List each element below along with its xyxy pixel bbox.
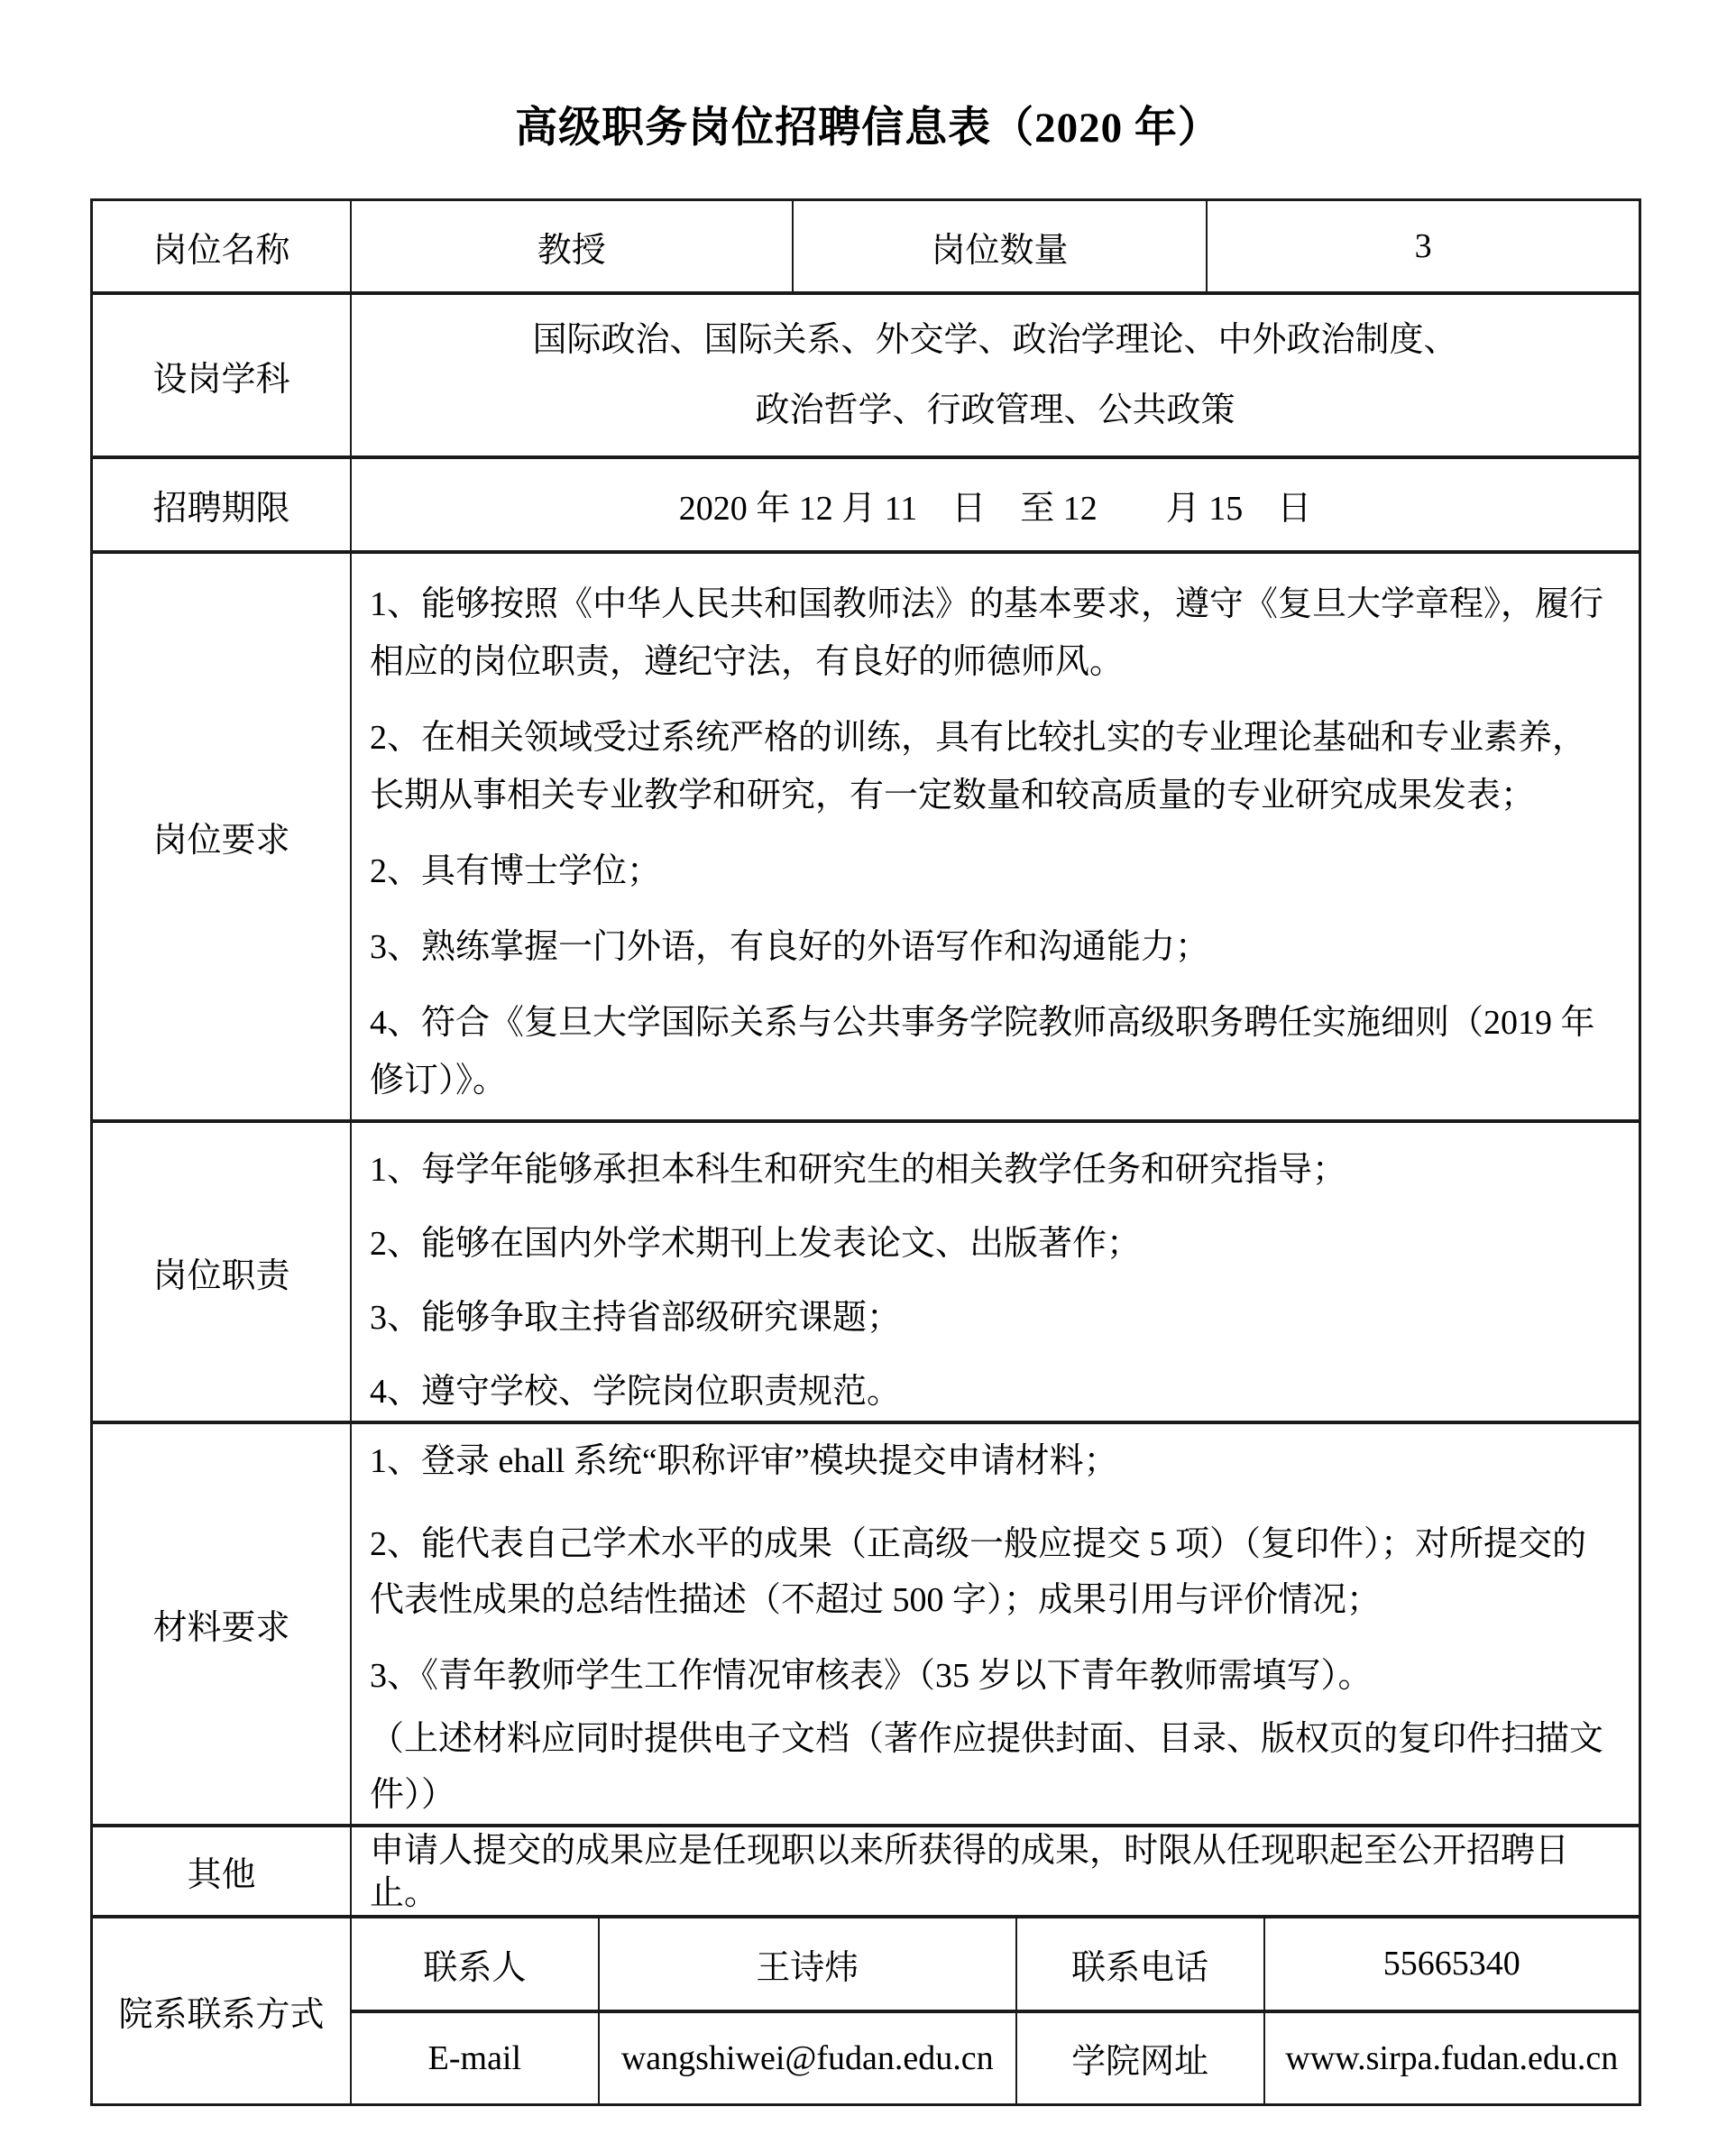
contact-phone-label: 联系电话 bbox=[1015, 1918, 1263, 2010]
contact-website-value: www.sirpa.fudan.edu.cn bbox=[1263, 2013, 1639, 2104]
contact-section-label: 院系联系方式 bbox=[93, 1918, 350, 2103]
document-title: 高级职务岗位招聘信息表（2020 年） bbox=[0, 94, 1736, 154]
row-contact: 院系联系方式 联系人 王诗炜 联系电话 55665340 E-mail wang… bbox=[93, 1915, 1639, 2103]
row-period: 招聘期限 2020 年 12 月 11 日 至 12 月 15 日 bbox=[93, 455, 1639, 550]
materials-note: （上述材料应同时提供电子文档（著作应提供封面、目录、版权页的复印件扫描文件）） bbox=[370, 1711, 1615, 1823]
requirements-label: 岗位要求 bbox=[93, 554, 350, 1119]
row-requirements: 岗位要求 1、能够按照《中华人民共和国教师法》的基本要求，遵守《复旦大学章程》，… bbox=[93, 550, 1639, 1119]
contact-sub-row-email: E-mail wangshiwei@fudan.edu.cn 学院网址 www.… bbox=[352, 2010, 1639, 2104]
material-item: 1、登录 ehall 系统“职称评审”模块提交申请材料； bbox=[370, 1433, 1615, 1489]
row-other: 其他 申请人提交的成果应是任现职以来所获得的成果，时限从任现职起至公开招聘日止。 bbox=[93, 1824, 1639, 1915]
materials-content: 1、登录 ehall 系统“职称评审”模块提交申请材料； 2、能代表自己学术水平… bbox=[350, 1424, 1639, 1824]
duty-item: 2、能够在国内外学术期刊上发表论文、出版著作； bbox=[370, 1215, 1615, 1273]
other-content: 申请人提交的成果应是任现职以来所获得的成果，时限从任现职起至公开招聘日止。 bbox=[350, 1827, 1639, 1915]
contact-grid: 联系人 王诗炜 联系电话 55665340 E-mail wangshiwei@… bbox=[350, 1918, 1639, 2103]
contact-email-value: wangshiwei@fudan.edu.cn bbox=[598, 2013, 1015, 2104]
contact-person-value: 王诗炜 bbox=[598, 1918, 1015, 2010]
material-item: 2、能代表自己学术水平的成果（正高级一般应提交 5 项）（复印件）；对所提交的代… bbox=[370, 1516, 1615, 1628]
row-disciplines: 设岗学科 国际政治、国际关系、外交学、政治学理论、中外政治制度、 政治哲学、行政… bbox=[93, 291, 1639, 455]
disciplines-line-2: 政治哲学、行政管理、公共政策 bbox=[755, 375, 1235, 446]
duties-label: 岗位职责 bbox=[93, 1123, 350, 1421]
disciplines-label: 设岗学科 bbox=[93, 295, 350, 455]
requirement-item: 2、在相关领域受过系统严格的训练，具有比较扎实的专业理论基础和专业素养，长期从事… bbox=[370, 709, 1615, 824]
position-name-value: 教授 bbox=[350, 201, 792, 291]
period-value: 2020 年 12 月 11 日 至 12 月 15 日 bbox=[350, 459, 1639, 550]
contact-sub-row-person: 联系人 王诗炜 联系电话 55665340 bbox=[352, 1918, 1639, 2010]
other-label: 其他 bbox=[93, 1827, 350, 1915]
position-count-value: 3 bbox=[1206, 201, 1639, 291]
duty-item: 3、能够争取主持省部级研究课题； bbox=[370, 1289, 1615, 1347]
material-item: 3、《青年教师学生工作情况审核表》（35 岁以下青年教师需填写）。 bbox=[370, 1648, 1615, 1704]
requirement-item: 4、符合《复旦大学国际关系与公共事务学院教师高级职务聘任实施细则（2019 年修… bbox=[370, 994, 1615, 1109]
position-count-label: 岗位数量 bbox=[792, 201, 1207, 291]
recruitment-info-table: 岗位名称 教授 岗位数量 3 设岗学科 国际政治、国际关系、外交学、政治学理论、… bbox=[90, 198, 1641, 2106]
row-duties: 岗位职责 1、每学年能够承担本科生和研究生的相关教学任务和研究指导； 2、能够在… bbox=[93, 1119, 1639, 1421]
requirement-item: 2、具有博士学位； bbox=[370, 842, 1615, 900]
requirement-item: 3、熟练掌握一门外语，有良好的外语写作和沟通能力； bbox=[370, 918, 1615, 976]
duty-item: 1、每学年能够承担本科生和研究生的相关教学任务和研究指导； bbox=[370, 1141, 1615, 1199]
row-position: 岗位名称 教授 岗位数量 3 bbox=[93, 201, 1639, 291]
contact-person-label: 联系人 bbox=[352, 1918, 598, 2010]
contact-phone-value: 55665340 bbox=[1263, 1918, 1639, 2010]
document-page: 高级职务岗位招聘信息表（2020 年） 岗位名称 教授 岗位数量 3 设岗学科 … bbox=[0, 0, 1736, 2153]
contact-website-label: 学院网址 bbox=[1015, 2013, 1263, 2104]
position-name-label: 岗位名称 bbox=[93, 201, 350, 291]
disciplines-value: 国际政治、国际关系、外交学、政治学理论、中外政治制度、 政治哲学、行政管理、公共… bbox=[350, 295, 1639, 455]
period-label: 招聘期限 bbox=[93, 459, 350, 550]
row-materials: 材料要求 1、登录 ehall 系统“职称评审”模块提交申请材料； 2、能代表自… bbox=[93, 1421, 1639, 1824]
contact-email-label: E-mail bbox=[352, 2013, 598, 2104]
disciplines-line-1: 国际政治、国际关系、外交学、政治学理论、中外政治制度、 bbox=[532, 305, 1457, 375]
requirement-item: 1、能够按照《中华人民共和国教师法》的基本要求，遵守《复旦大学章程》，履行相应的… bbox=[370, 575, 1615, 691]
requirements-content: 1、能够按照《中华人民共和国教师法》的基本要求，遵守《复旦大学章程》，履行相应的… bbox=[350, 554, 1639, 1119]
duties-content: 1、每学年能够承担本科生和研究生的相关教学任务和研究指导； 2、能够在国内外学术… bbox=[350, 1123, 1639, 1421]
materials-label: 材料要求 bbox=[93, 1424, 350, 1824]
duty-item: 4、遵守学校、学院岗位职责规范。 bbox=[370, 1363, 1615, 1421]
